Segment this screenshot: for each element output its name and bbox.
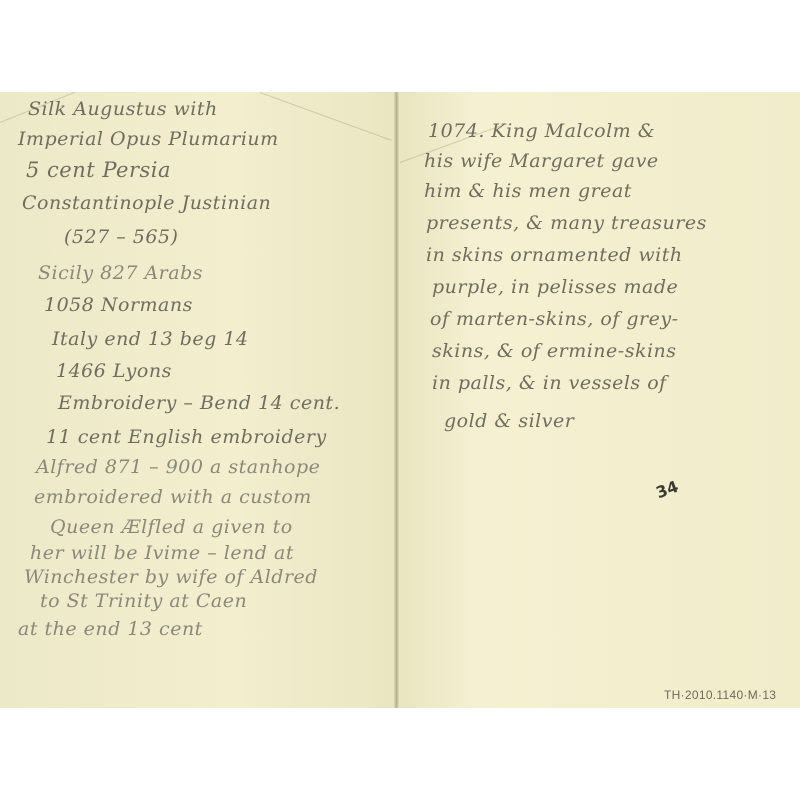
left-line-6: Sicily 827 Arabs (38, 262, 203, 284)
right-line-7: of marten-skins, of grey- (430, 308, 679, 330)
left-line-14: Queen Ælfled a given to (50, 516, 293, 538)
right-line-3: him & his men great (424, 180, 632, 202)
left-line-10: Embroidery – Bend 14 cent. (58, 392, 340, 414)
center-fold (394, 92, 399, 708)
left-line-7: 1058 Normans (44, 294, 193, 316)
right-line-5: in skins ornamented with (426, 244, 683, 266)
left-line-16: Winchester by wife of Aldred (24, 566, 318, 588)
left-line-17: to St Trinity at Caen (40, 590, 247, 612)
right-line-1: 1074. King Malcolm & (428, 120, 655, 142)
left-line-11: 11 cent English embroidery (46, 426, 327, 448)
manuscript-sheet: Silk Augustus with Imperial Opus Plumari… (0, 92, 800, 708)
left-line-13: embroidered with a custom (34, 486, 312, 508)
left-line-5: (527 – 565) (64, 226, 178, 248)
right-line-4: presents, & many treasures (426, 212, 707, 234)
left-line-2: Imperial Opus Plumarium (18, 128, 279, 150)
right-line-9: in palls, & in vessels of (432, 372, 667, 394)
left-line-18: at the end 13 cent (18, 618, 203, 640)
left-line-15: her will be Ivime – lend at (30, 542, 294, 564)
left-line-12: Alfred 871 – 900 a stanhope (36, 456, 320, 478)
right-line-8: skins, & of ermine-skins (432, 340, 677, 362)
left-line-8: Italy end 13 beg 14 (52, 328, 249, 350)
right-line-2: his wife Margaret gave (424, 150, 659, 172)
left-line-1: Silk Augustus with (28, 98, 218, 120)
right-line-10: gold & silver (444, 410, 574, 432)
left-line-3: 5 cent Persia (26, 158, 171, 182)
catalog-label: TH·2010.1140·M·13 (664, 688, 776, 702)
left-line-4: Constantinople Justinian (22, 192, 271, 214)
left-line-9: 1466 Lyons (56, 360, 172, 382)
right-line-6: purple, in pelisses made (432, 276, 678, 298)
